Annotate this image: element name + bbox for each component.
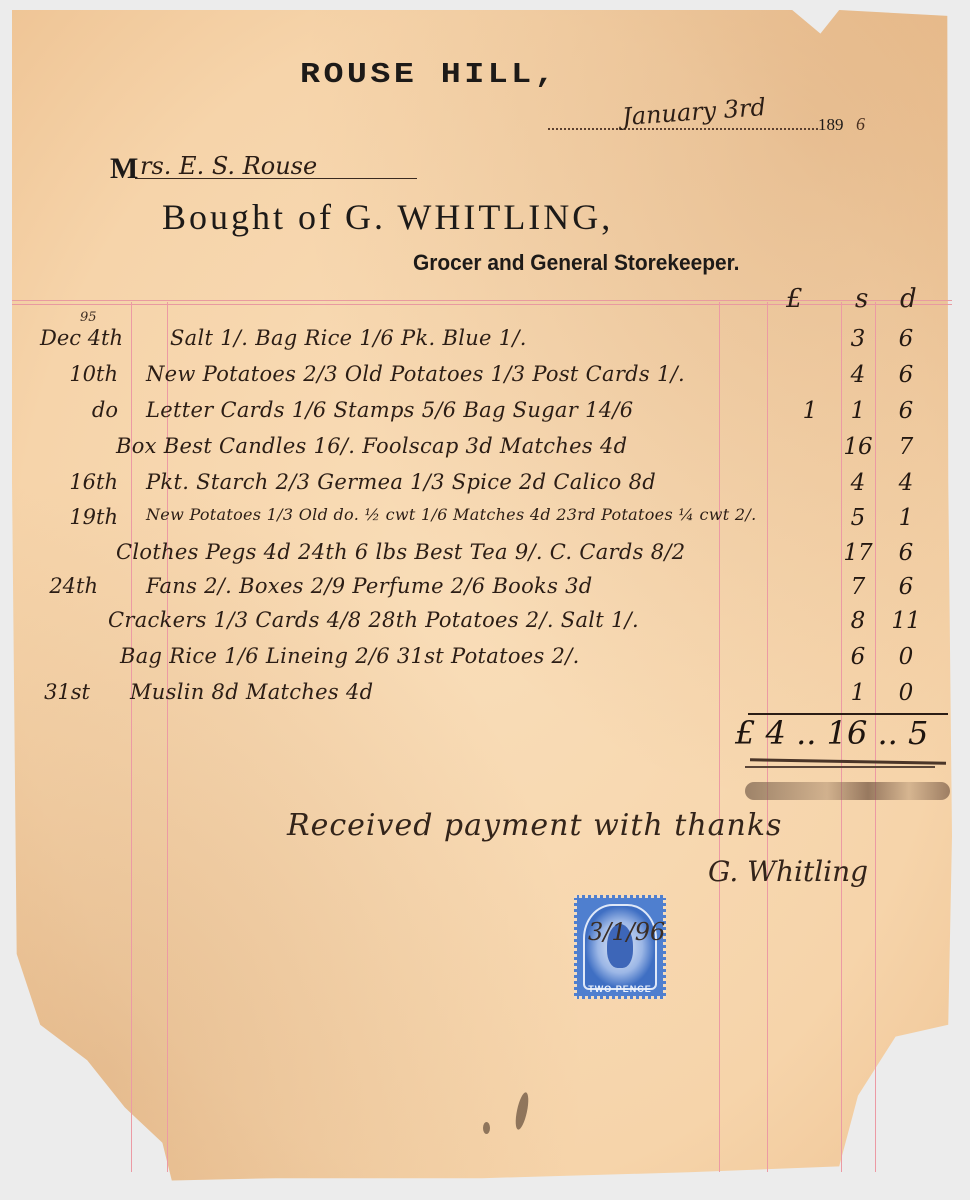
line-item-shillings: 6 — [838, 644, 878, 670]
stamp-cancellation: 3/1/96 — [588, 918, 665, 946]
line-item-description: Crackers 1/3 Cards 4/8 28th Potatoes 2/.… — [108, 608, 639, 632]
merchant-signature: G. Whitling — [708, 855, 868, 888]
line-item-pence: 6 — [886, 574, 926, 600]
line-item-shillings: 3 — [838, 326, 878, 352]
line-item: Clothes Pegs 4d 24th 6 lbs Best Tea 9/. … — [0, 540, 970, 574]
line-item-pence: 6 — [886, 398, 926, 424]
invoice-total: £ 4 .. 16 .. 5 — [735, 714, 928, 752]
line-item-description: Muslin 8d Matches 4d — [130, 680, 373, 704]
total-rule-bottom-2 — [745, 766, 935, 768]
year-printed: 189 — [818, 115, 844, 135]
line-item-shillings: 4 — [838, 362, 878, 388]
line-item: do Letter Cards 1/6 Stamps 5/6 Bag Sugar… — [0, 398, 970, 432]
pence-column-header: d — [900, 284, 917, 314]
line-item-pence: 6 — [886, 540, 926, 566]
line-item-date: 31st — [12, 680, 90, 704]
line-item-description: Box Best Candles 16/. Foolscap 3d Matche… — [116, 434, 627, 458]
merchant-name: G. WHITLING, — [345, 197, 613, 237]
line-item-pence: 0 — [886, 644, 926, 670]
line-item-date: 10th — [40, 362, 118, 386]
line-item-description: Bag Rice 1/6 Lineing 2/6 31st Potatoes 2… — [120, 644, 580, 668]
date-column-rule-1 — [131, 302, 132, 1172]
line-item-date: 16th — [40, 470, 118, 494]
line-item-date: 24th — [20, 574, 98, 598]
ink-smudge — [745, 782, 950, 800]
line-item: Bag Rice 1/6 Lineing 2/6 31st Potatoes 2… — [0, 644, 970, 678]
postage-stamp: TWO PENCE — [574, 895, 666, 999]
line-item-description: Fans 2/. Boxes 2/9 Perfume 2/6 Books 3d — [146, 574, 593, 598]
shillings-column-header: s — [855, 284, 868, 314]
line-item: 24th Fans 2/. Boxes 2/9 Perfume 2/6 Book… — [0, 574, 970, 608]
line-item: 16th Pkt. Starch 2/3 Germea 1/3 Spice 2d… — [0, 470, 970, 504]
customer-prefix: M — [110, 152, 138, 186]
merchant-trade: Grocer and General Storekeeper. — [413, 250, 739, 276]
line-item-pence: 6 — [886, 362, 926, 388]
year-handwritten: 6 — [856, 114, 865, 135]
pounds-column-header: £ — [786, 284, 803, 314]
line-item-shillings: 17 — [838, 540, 878, 566]
line-item: 95 Dec 4th Salt 1/. Bag Rice 1/6 Pk. Blu… — [0, 326, 970, 360]
line-item-description: New Potatoes 2/3 Old Potatoes 1/3 Post C… — [146, 362, 685, 386]
stamp-value: TWO PENCE — [577, 984, 663, 994]
line-item-shillings: 8 — [838, 608, 878, 634]
line-item: Box Best Candles 16/. Foolscap 3d Matche… — [0, 434, 970, 468]
line-item-description: Clothes Pegs 4d 24th 6 lbs Best Tea 9/. … — [116, 540, 685, 564]
line-item: Crackers 1/3 Cards 4/8 28th Potatoes 2/.… — [0, 608, 970, 642]
header-rule-bottom — [12, 304, 952, 305]
line-item-date: 19th — [40, 505, 118, 529]
line-item-pence: 6 — [886, 326, 926, 352]
date-dotted-line — [548, 128, 818, 130]
customer-name: rs. E. S. Rouse — [140, 152, 317, 180]
date-column-rule-2 — [167, 302, 168, 1172]
line-item-pence: 1 — [886, 505, 926, 531]
line-item: 19th New Potatoes 1/3 Old do. ½ cwt 1/6 … — [0, 505, 970, 539]
line-item-description: Salt 1/. Bag Rice 1/6 Pk. Blue 1/. — [170, 326, 527, 350]
town-heading: ROUSE HILL, — [300, 58, 558, 91]
line-item-shillings: 5 — [838, 505, 878, 531]
line-item-shillings: 4 — [838, 470, 878, 496]
ink-stain — [483, 1122, 490, 1134]
merchant-line: Bought of G. WHITLING, — [162, 196, 613, 238]
line-item-shillings: 1 — [838, 398, 878, 424]
header-rule-top — [12, 300, 952, 301]
line-item: 10th New Potatoes 2/3 Old Potatoes 1/3 P… — [0, 362, 970, 396]
line-item-description: Letter Cards 1/6 Stamps 5/6 Bag Sugar 14… — [146, 398, 633, 422]
line-item-description: Pkt. Starch 2/3 Germea 1/3 Spice 2d Cali… — [146, 470, 656, 494]
line-item-date: do — [40, 398, 118, 422]
customer-underline — [135, 178, 417, 179]
line-item-shillings: 1 — [838, 680, 878, 706]
line-item: 31st Muslin 8d Matches 4d 1 0 — [0, 680, 970, 714]
received-payment-note: Received payment with thanks — [287, 808, 782, 843]
line-item-description: New Potatoes 1/3 Old do. ½ cwt 1/6 Match… — [146, 505, 756, 524]
line-item-pence: 11 — [886, 608, 926, 634]
line-item-pence: 4 — [886, 470, 926, 496]
line-item-date: Dec 4th — [40, 326, 118, 350]
line-item-pence: 0 — [886, 680, 926, 706]
money-column-rule-1 — [719, 302, 720, 1172]
line-item-shillings: 7 — [838, 574, 878, 600]
line-item-pence: 7 — [886, 434, 926, 460]
year-note: 95 — [80, 310, 97, 325]
line-item-shillings: 16 — [838, 434, 878, 460]
bought-of-label: Bought of — [162, 197, 334, 237]
line-item-pounds: 1 — [790, 398, 830, 424]
